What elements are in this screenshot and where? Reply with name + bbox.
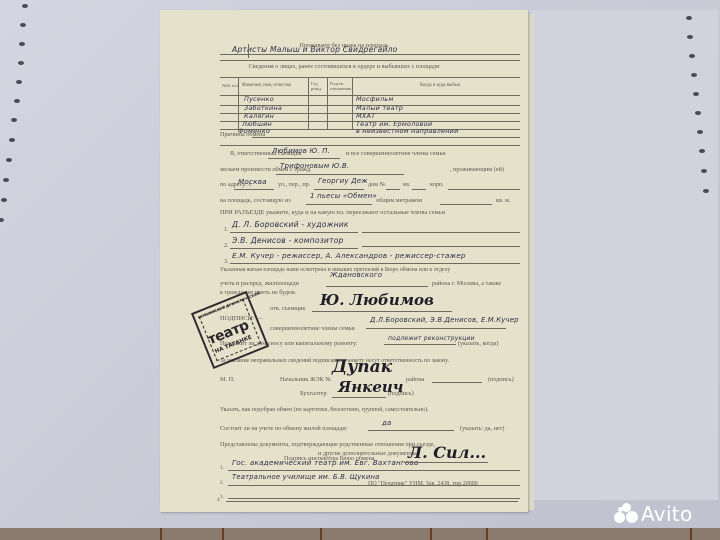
- wooden-table-edge: [0, 528, 720, 540]
- avito-watermark: Avito: [614, 502, 692, 526]
- avito-wordmark: Avito: [641, 502, 692, 526]
- printer-imprint: ПО "Печатник" УНМ, Зак. 2438, тир.20000: [368, 481, 478, 487]
- inspector-label: Подпись инспектора Бюро обмена: [284, 455, 375, 462]
- right-paper-sheet: [528, 10, 718, 500]
- inspector-sign-line: [404, 462, 488, 463]
- avito-logo-icon: [614, 503, 638, 525]
- inspector-signature: Л. Сил...: [408, 443, 486, 462]
